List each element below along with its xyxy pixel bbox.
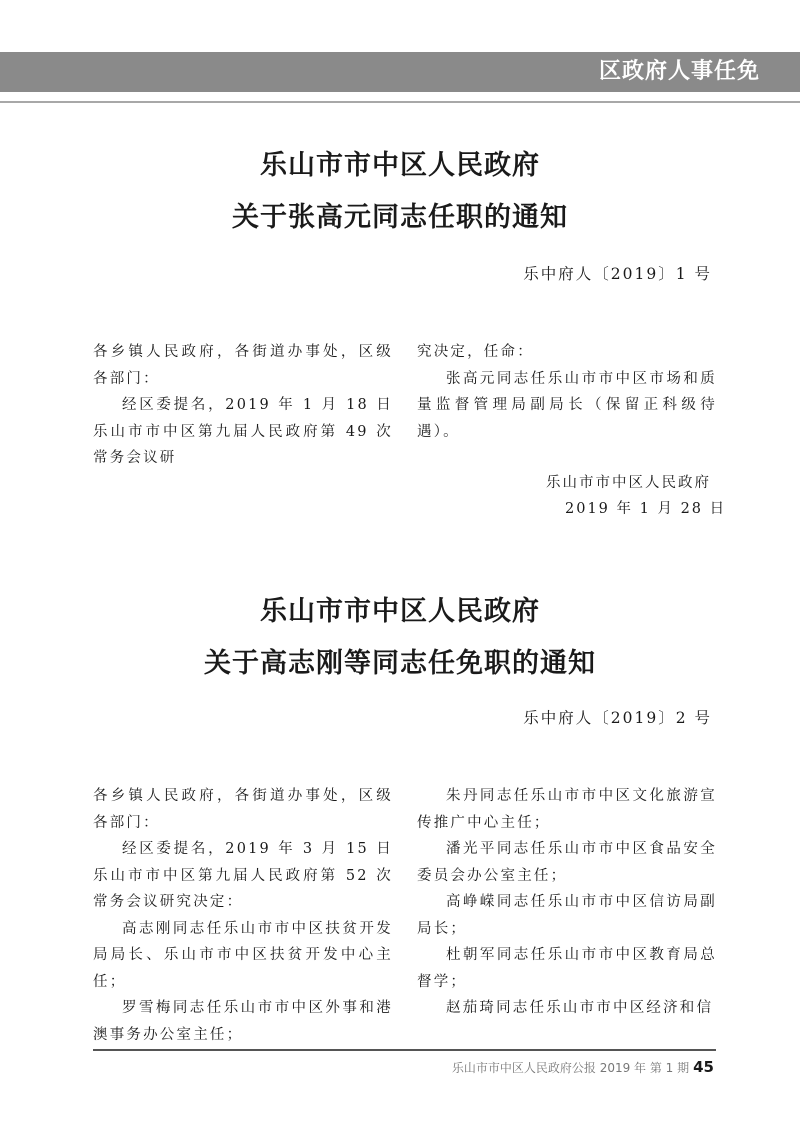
page-footer: 乐山市市中区人民政府公报 2019 年 第 1 期45 (452, 1058, 714, 1076)
notice2-appointment: 罗雪梅同志任乐山市市中区外事和港澳事务办公室主任； (93, 995, 393, 1048)
notice1-signature-org: 乐山市市中区人民政府 (546, 471, 711, 492)
notice2-right-column: 朱丹同志任乐山市市中区文化旅游宣传推广中心主任； 潘光平同志任乐山市市中区食品安… (417, 783, 717, 1022)
notice1-addressee: 各乡镇人民政府，各街道办事处，区级各部门： (93, 339, 393, 392)
notice2-doc-number: 乐中府人〔2019〕2 号 (523, 706, 712, 728)
notice1-title-line1: 乐山市市中区人民政府 (0, 143, 800, 182)
notice1-doc-number: 乐中府人〔2019〕1 号 (523, 262, 712, 284)
notice1-paragraph: 经区委提名，2019 年 1 月 18 日乐山市市中区第九届人民政府第 49 次… (93, 392, 393, 472)
notice2-title-line1: 乐山市市中区人民政府 (0, 589, 800, 628)
section-title: 区政府人事任免 (599, 52, 760, 92)
notice2-left-column: 各乡镇人民政府，各街道办事处，区级各部门： 经区委提名，2019 年 3 月 1… (93, 783, 393, 1048)
notice2-appointment: 高志刚同志任乐山市市中区扶贫开发局局长、乐山市市中区扶贫开发中心主任； (93, 916, 393, 996)
notice1-right-column: 究决定，任命： 张高元同志任乐山市市中区市场和质量监督管理局副局长（保留正科级待… (417, 339, 717, 445)
notice2-appointment: 高峥嵘同志任乐山市市中区信访局副局长； (417, 889, 717, 942)
notice1-signature-date: 2019 年 1 月 28 日 (565, 497, 726, 518)
notice2-appointment: 杜朝军同志任乐山市市中区教育局总督学； (417, 942, 717, 995)
notice2-appointment: 潘光平同志任乐山市市中区食品安全委员会办公室主任； (417, 836, 717, 889)
notice1-paragraph: 究决定，任命： (417, 339, 717, 366)
footer-divider (93, 1049, 716, 1051)
notice1-appointment: 张高元同志任乐山市市中区市场和质量监督管理局副局长（保留正科级待遇）。 (417, 366, 717, 446)
header-divider (0, 101, 800, 103)
notice2-title-line2: 关于高志刚等同志任免职的通知 (0, 641, 800, 680)
footer-publication: 乐山市市中区人民政府公报 2019 年 第 1 期 (452, 1061, 689, 1075)
section-header-bar: 区政府人事任免 (0, 52, 800, 92)
notice2-addressee: 各乡镇人民政府，各街道办事处，区级各部门： (93, 783, 393, 836)
notice2-appointment: 朱丹同志任乐山市市中区文化旅游宣传推广中心主任； (417, 783, 717, 836)
notice1-left-column: 各乡镇人民政府，各街道办事处，区级各部门： 经区委提名，2019 年 1 月 1… (93, 339, 393, 472)
notice2-paragraph: 经区委提名，2019 年 3 月 15 日乐山市市中区第九届人民政府第 52 次… (93, 836, 393, 916)
notice1-title-line2: 关于张高元同志任职的通知 (0, 195, 800, 234)
page-number: 45 (693, 1058, 714, 1076)
notice2-appointment: 赵茄琦同志任乐山市市中区经济和信 (417, 995, 717, 1022)
